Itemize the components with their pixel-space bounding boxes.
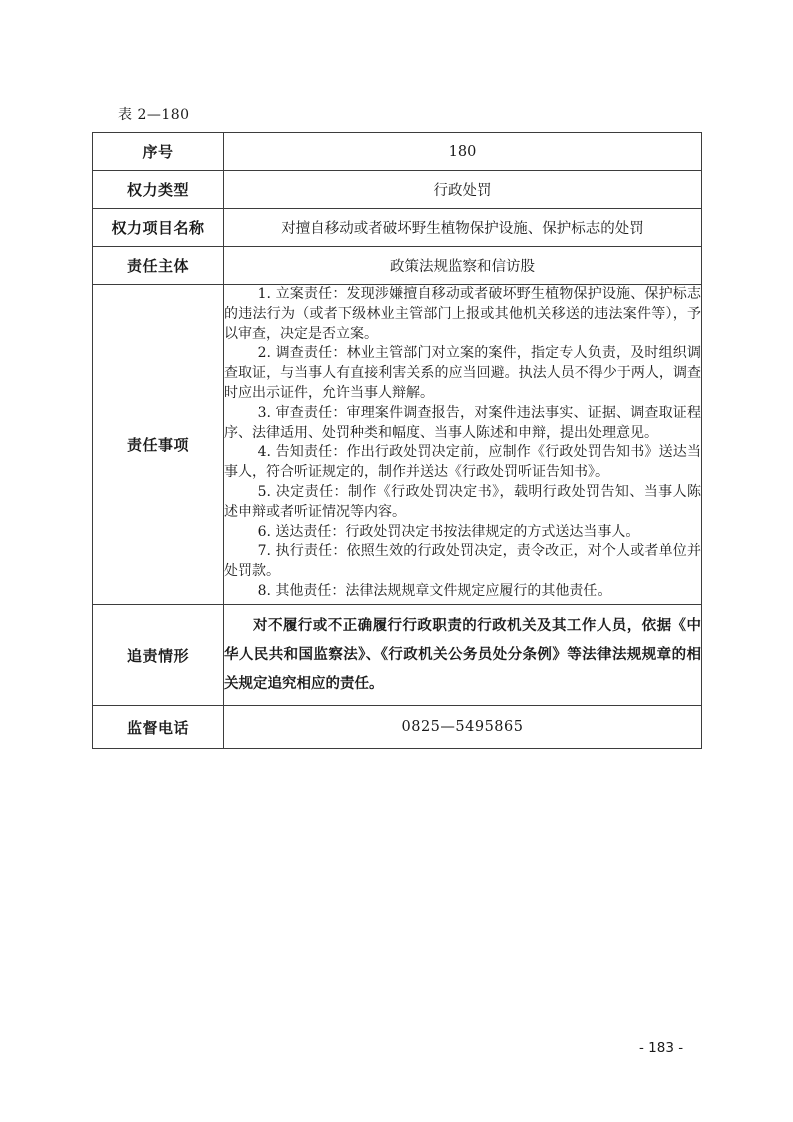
row-value-duty-items: 1. 立案责任：发现涉嫌擅自移动或者破坏野生植物保护设施、保护标志的违法行为（或… bbox=[224, 285, 702, 605]
row-value-serial-number: 180 bbox=[224, 133, 702, 171]
document-page: 表 2—180 序号 180 权力类型 行政处罚 权力项目名称 对擅自移动或者破… bbox=[0, 0, 793, 1122]
table-row-serial-number: 序号 180 bbox=[93, 133, 702, 171]
duty-item-7: 7. 执行责任：依照生效的行政处罚决定，责令改正，对个人或者单位并处罚款。 bbox=[224, 542, 701, 582]
page-number: - 183 - bbox=[639, 1040, 683, 1056]
accountability-text: 对不履行或不正确履行行政职责的行政机关及其工作人员，依据《中华人民共和国监察法》… bbox=[224, 612, 701, 699]
table-caption: 表 2—180 bbox=[118, 104, 190, 124]
row-label-responsible-entity: 责任主体 bbox=[93, 247, 224, 285]
row-label-duty-items: 责任事项 bbox=[93, 285, 224, 605]
table-row-responsible-entity: 责任主体 政策法规监察和信访股 bbox=[93, 247, 702, 285]
row-value-power-item-name: 对擅自移动或者破坏野生植物保护设施、保护标志的处罚 bbox=[224, 209, 702, 247]
duty-item-2: 2. 调查责任：林业主管部门对立案的案件，指定专人负责，及时组织调查取证，与当事… bbox=[224, 344, 701, 403]
row-value-power-type: 行政处罚 bbox=[224, 171, 702, 209]
duty-item-1: 1. 立案责任：发现涉嫌擅自移动或者破坏野生植物保护设施、保护标志的违法行为（或… bbox=[224, 285, 701, 344]
table-row-duty-items: 责任事项 1. 立案责任：发现涉嫌擅自移动或者破坏野生植物保护设施、保护标志的违… bbox=[93, 285, 702, 605]
row-label-serial-number: 序号 bbox=[93, 133, 224, 171]
row-label-power-type: 权力类型 bbox=[93, 171, 224, 209]
row-value-supervision-phone: 0825—5495865 bbox=[224, 706, 702, 749]
table-row-supervision-phone: 监督电话 0825—5495865 bbox=[93, 706, 702, 749]
responsibility-table: 序号 180 权力类型 行政处罚 权力项目名称 对擅自移动或者破坏野生植物保护设… bbox=[92, 132, 702, 749]
duty-item-3: 3. 审查责任：审理案件调查报告，对案件违法事实、证据、调查取证程序、法律适用、… bbox=[224, 404, 701, 444]
duty-item-6: 6. 送达责任：行政处罚决定书按法律规定的方式送达当事人。 bbox=[224, 523, 701, 543]
duty-item-8: 8. 其他责任：法律法规规章文件规定应履行的其他责任。 bbox=[224, 582, 701, 602]
duty-item-4: 4. 告知责任：作出行政处罚决定前，应制作《行政处罚告知书》送达当事人，符合听证… bbox=[224, 443, 701, 483]
row-value-accountability: 对不履行或不正确履行行政职责的行政机关及其工作人员，依据《中华人民共和国监察法》… bbox=[224, 605, 702, 706]
duty-item-5: 5. 决定责任：制作《行政处罚决定书》，载明行政处罚告知、当事人陈述申辩或者听证… bbox=[224, 483, 701, 523]
row-label-power-item-name: 权力项目名称 bbox=[93, 209, 224, 247]
table-row-power-item-name: 权力项目名称 对擅自移动或者破坏野生植物保护设施、保护标志的处罚 bbox=[93, 209, 702, 247]
row-value-responsible-entity: 政策法规监察和信访股 bbox=[224, 247, 702, 285]
row-label-supervision-phone: 监督电话 bbox=[93, 706, 224, 749]
table-row-power-type: 权力类型 行政处罚 bbox=[93, 171, 702, 209]
table-row-accountability: 追责情形 对不履行或不正确履行行政职责的行政机关及其工作人员，依据《中华人民共和… bbox=[93, 605, 702, 706]
row-label-accountability: 追责情形 bbox=[93, 605, 224, 706]
